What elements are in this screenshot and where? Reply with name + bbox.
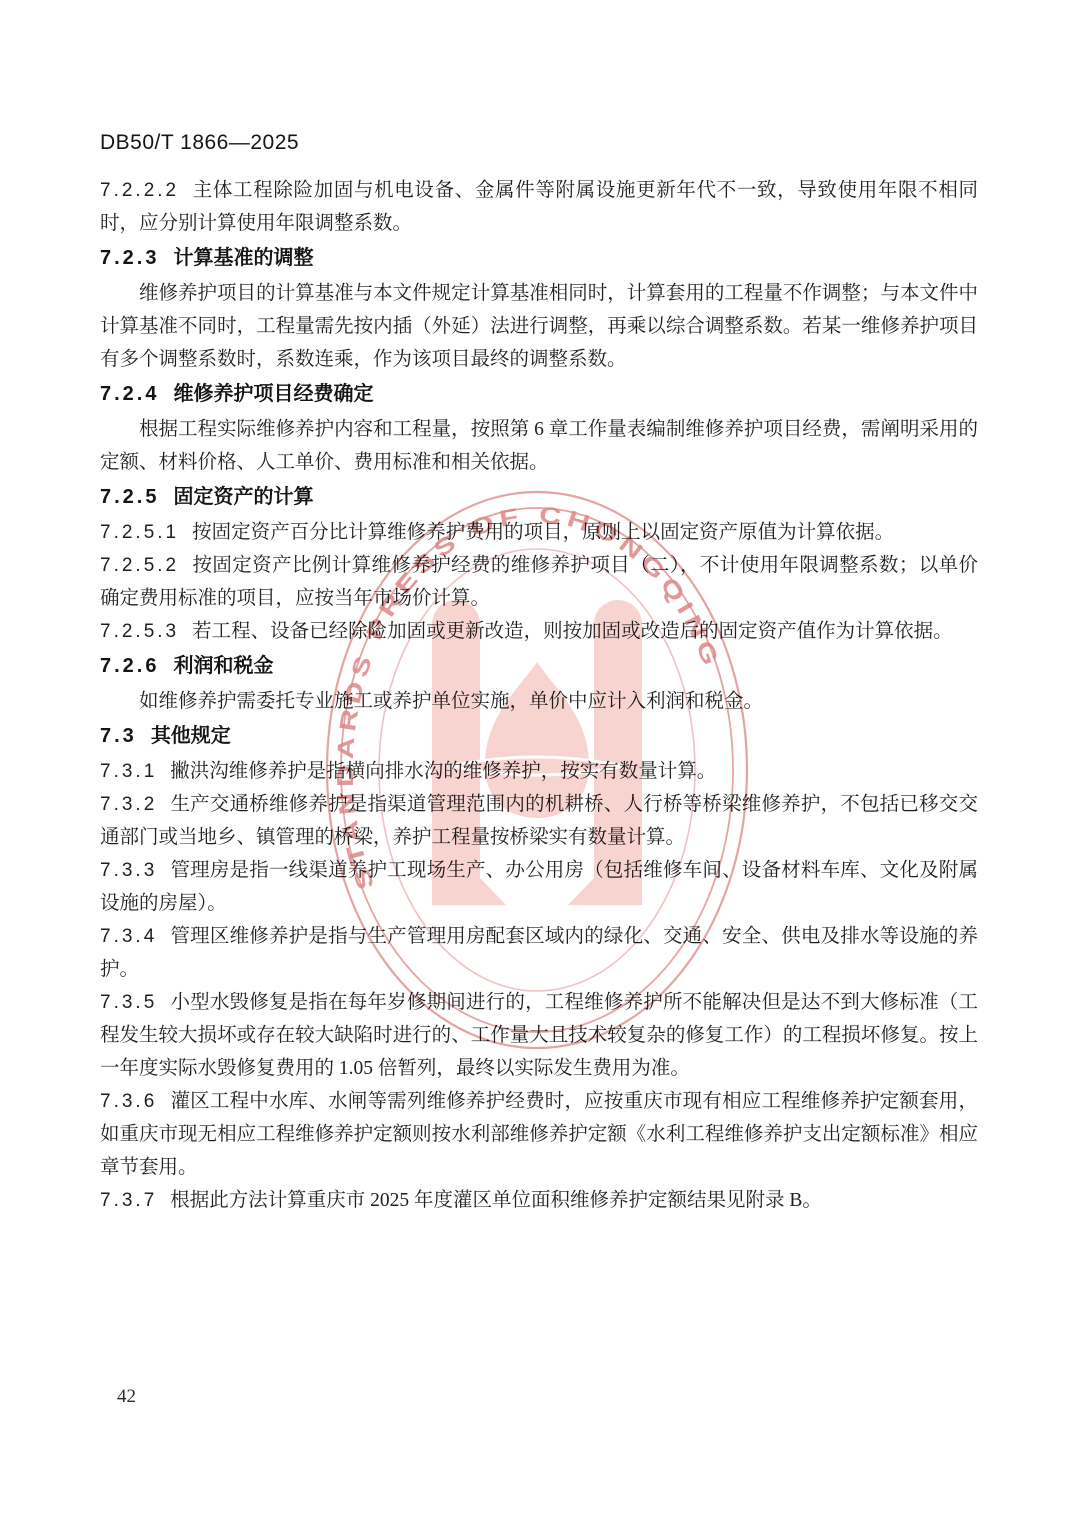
clause-7-2-2-2: 7.2.2.2主体工程除险加固与机电设备、金属件等附属设施更新年代不一致，导致使… (100, 174, 978, 240)
clause-number: 7.2.5.3 (100, 621, 179, 642)
paragraph: 如维修养护需委托专业施工或养护单位实施，单价中应计入利润和税金。 (100, 685, 978, 718)
clause-number: 7.3.4 (100, 926, 157, 947)
paragraph: 根据工程实际维修养护内容和工程量，按照第 6 章工作量表编制维修养护项目经费，需… (100, 413, 978, 479)
page-number: 42 (117, 1386, 136, 1408)
clause-number: 7.3.6 (100, 1091, 157, 1112)
heading-number: 7.2.4 (100, 383, 159, 405)
clause-text: 灌区工程中水库、水闸等需列维修养护经费时，应按重庆市现有相应工程维修养护定额套用… (100, 1091, 978, 1178)
heading-7-2-4: 7.2.4维修养护项目经费确定 (100, 378, 978, 411)
clause-number: 7.3.3 (100, 860, 157, 881)
heading-7-2-5: 7.2.5固定资产的计算 (100, 481, 978, 514)
clause-text: 管理区维修养护是指与生产管理用房配套区域内的绿化、交通、安全、供电及排水等设施的… (100, 926, 978, 980)
heading-title: 固定资产的计算 (173, 486, 313, 508)
document-page: DB50/T 1866—2025 7.2.2.2主体工程除险加固与机电设备、金属… (0, 0, 1074, 1520)
clause-7-3-4: 7.3.4管理区维修养护是指与生产管理用房配套区域内的绿化、交通、安全、供电及排… (100, 920, 978, 986)
clause-text: 管理房是指一线渠道养护工现场生产、办公用房（包括维修车间、设备材料车库、文化及附… (100, 860, 978, 914)
document-code: DB50/T 1866—2025 (100, 131, 299, 155)
clause-7-2-5-2: 7.2.5.2按固定资产比例计算维修养护经费的维修养护项目（二），不计使用年限调… (100, 549, 978, 615)
heading-7-2-6: 7.2.6利润和税金 (100, 650, 978, 683)
paragraph: 维修养护项目的计算基准与本文件规定计算基准相同时，计算套用的工程量不作调整；与本… (100, 277, 978, 376)
clause-number: 7.2.2.2 (100, 180, 179, 201)
clause-7-3-1: 7.3.1撇洪沟维修养护是指横向排水沟的维修养护，按实有数量计算。 (100, 755, 978, 788)
clause-text: 按固定资产百分比计算维修养护费用的项目，原则上以固定资产原值为计算依据。 (192, 522, 894, 543)
heading-number: 7.2.5 (100, 486, 159, 508)
heading-number: 7.2.6 (100, 655, 159, 677)
clause-number: 7.2.5.1 (100, 522, 179, 543)
heading-7-2-3: 7.2.3计算基准的调整 (100, 242, 978, 275)
clause-number: 7.2.5.2 (100, 555, 179, 576)
clause-7-3-3: 7.3.3管理房是指一线渠道养护工现场生产、办公用房（包括维修车间、设备材料车库… (100, 854, 978, 920)
clause-text: 小型水毁修复是指在每年岁修期间进行的，工程维修养护所不能解决但是达不到大修标准（… (100, 992, 978, 1079)
clause-text: 按固定资产比例计算维修养护经费的维修养护项目（二），不计使用年限调整系数；以单价… (100, 555, 978, 609)
clause-7-2-5-1: 7.2.5.1按固定资产百分比计算维修养护费用的项目，原则上以固定资产原值为计算… (100, 516, 978, 549)
heading-number: 7.3 (100, 725, 137, 747)
heading-title: 计算基准的调整 (173, 247, 313, 269)
clause-text: 根据此方法计算重庆市 2025 年度灌区单位面积维修养护定额结果见附录 B。 (170, 1190, 822, 1211)
clause-number: 7.3.2 (100, 794, 157, 815)
heading-number: 7.2.3 (100, 247, 159, 269)
heading-title: 维修养护项目经费确定 (173, 383, 373, 405)
clause-7-3-2: 7.3.2生产交通桥维修养护是指渠道管理范围内的机耕桥、人行桥等桥梁维修养护，不… (100, 788, 978, 854)
heading-title: 利润和税金 (173, 655, 273, 677)
clause-text: 若工程、设备已经除险加固或更新改造，则按加固或改造后的固定资产值作为计算依据。 (192, 621, 953, 642)
heading-7-3: 7.3其他规定 (100, 720, 978, 753)
clause-7-3-7: 7.3.7根据此方法计算重庆市 2025 年度灌区单位面积维修养护定额结果见附录… (100, 1184, 978, 1217)
clause-number: 7.3.5 (100, 992, 157, 1013)
clause-7-3-6: 7.3.6灌区工程中水库、水闸等需列维修养护经费时，应按重庆市现有相应工程维修养… (100, 1085, 978, 1184)
clause-number: 7.3.1 (100, 761, 157, 782)
clause-7-2-5-3: 7.2.5.3若工程、设备已经除险加固或更新改造，则按加固或改造后的固定资产值作… (100, 615, 978, 648)
heading-title: 其他规定 (151, 725, 231, 747)
clause-text: 主体工程除险加固与机电设备、金属件等附属设施更新年代不一致，导致使用年限不相同时… (100, 180, 978, 234)
clause-7-3-5: 7.3.5小型水毁修复是指在每年岁修期间进行的，工程维修养护所不能解决但是达不到… (100, 986, 978, 1085)
clause-text: 生产交通桥维修养护是指渠道管理范围内的机耕桥、人行桥等桥梁维修养护，不包括已移交… (100, 794, 978, 848)
clause-number: 7.3.7 (100, 1190, 157, 1211)
document-body: 7.2.2.2主体工程除险加固与机电设备、金属件等附属设施更新年代不一致，导致使… (100, 174, 978, 1217)
clause-text: 撇洪沟维修养护是指横向排水沟的维修养护，按实有数量计算。 (170, 761, 716, 782)
